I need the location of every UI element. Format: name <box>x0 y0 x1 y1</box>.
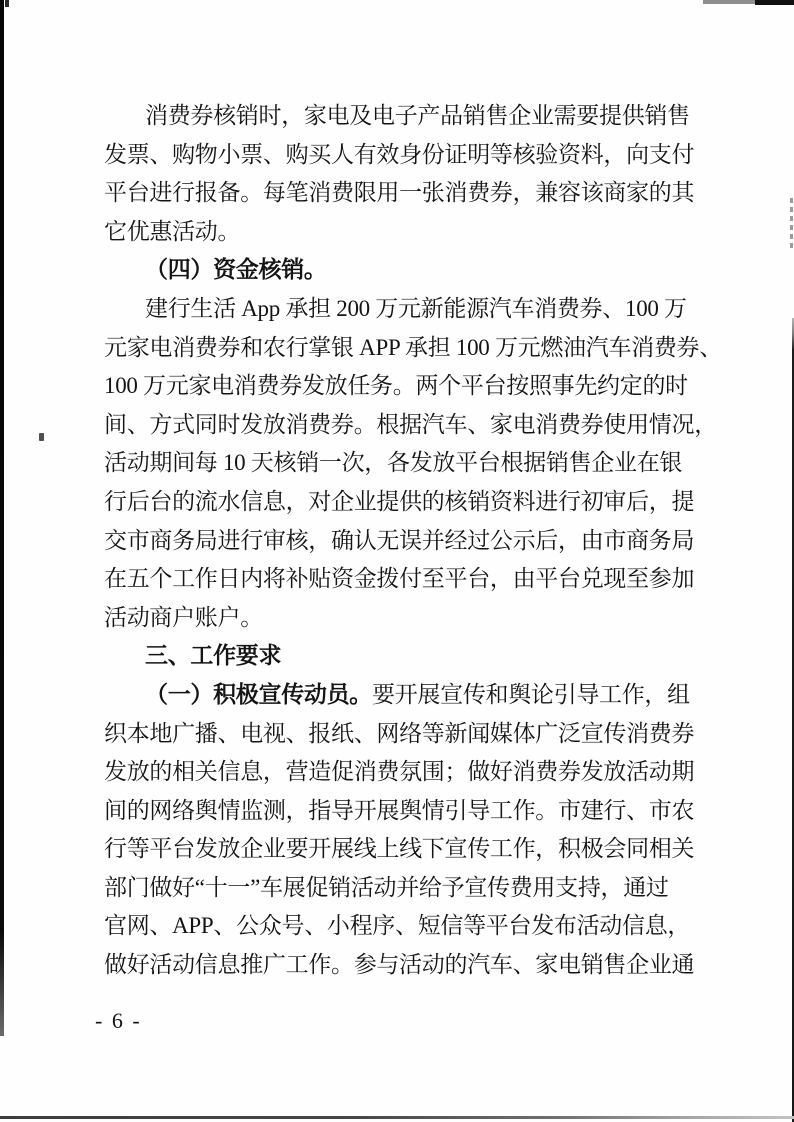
text-line: 官网、APP、公众号、小程序、短信等平台发布活动信息， <box>104 907 700 946</box>
text-line: 三、工作要求 <box>104 637 700 676</box>
text-segment: 在五个工作日内将补贴资金拨付至平台，由平台兑现至参加 <box>104 566 694 591</box>
text-segment: 消费券核销时，家电及电子产品销售企业需要提供销售 <box>145 103 690 128</box>
text-line: 在五个工作日内将补贴资金拨付至平台，由平台兑现至参加 <box>104 560 700 599</box>
scan-artifact-top-bar-black <box>755 0 794 5</box>
text-line: 元家电消费券和农行掌银 APP 承担 100 万元燃油汽车消费券、 <box>104 329 700 368</box>
text-segment: 发放的相关信息，营造促消费氛围；做好消费券发放活动期 <box>104 759 694 784</box>
scan-artifact-left-notch <box>5 0 9 7</box>
scan-artifact-speck <box>39 433 44 441</box>
text-line: 间的网络舆情监测，指导开展舆情引导工作。市建行、市农 <box>104 792 700 831</box>
text-line: 交市商务局进行审核，确认无误并经过公示后，由市商务局 <box>104 522 700 561</box>
text-line: 它优惠活动。 <box>104 213 700 252</box>
text-line: 平台进行报备。每笔消费限用一张消费券，兼容该商家的其 <box>104 174 700 213</box>
text-segment: 建行生活 App 承担 200 万元新能源汽车消费券、100 万 <box>145 296 687 321</box>
text-line: 发票、购物小票、购买人有效身份证明等核验资料，向支付 <box>104 136 700 175</box>
text-line: 部门做好“十一”车展促销活动并给予宣传费用支持，通过 <box>104 869 700 908</box>
text-segment-bold: （四）资金核销。 <box>145 257 327 282</box>
text-segment: 元家电消费券和农行掌银 APP 承担 100 万元燃油汽车消费券、 <box>104 335 722 360</box>
text-line: 100 万元家电消费券发放任务。两个平台按照事先约定的时 <box>104 367 700 406</box>
text-segment: 平台进行报备。每笔消费限用一张消费券，兼容该商家的其 <box>104 180 694 205</box>
text-segment: 活动期间每 10 天核销一次，各发放平台根据销售企业在银 <box>104 450 682 475</box>
text-segment: 要开展宣传和舆论引导工作，组 <box>372 682 690 707</box>
page-number: - 6 - <box>95 1008 142 1034</box>
text-line: 间、方式同时发放消费券。根据汽车、家电消费券使用情况， <box>104 406 700 445</box>
text-segment-bold: 三、工作要求 <box>145 643 281 668</box>
text-segment: 行等平台发放企业要开展线上线下宣传工作，积极会同相关 <box>104 836 694 861</box>
text-segment: 它优惠活动。 <box>104 219 240 244</box>
text-line: 活动商户账户。 <box>104 599 700 638</box>
text-segment: 间的网络舆情监测，指导开展舆情引导工作。市建行、市农 <box>104 798 694 823</box>
text-line: 行等平台发放企业要开展线上线下宣传工作，积极会同相关 <box>104 830 700 869</box>
text-segment: 官网、APP、公众号、小程序、短信等平台发布活动信息， <box>104 913 690 938</box>
text-line: 消费券核销时，家电及电子产品销售企业需要提供销售 <box>104 97 700 136</box>
text-line: 行后台的流水信息，对企业提供的核销资料进行初审后，提 <box>104 483 700 522</box>
scanned-document-page: 消费券核销时，家电及电子产品销售企业需要提供销售发票、购物小票、购买人有效身份证… <box>0 0 794 1122</box>
text-segment-bold: （一）积极宣传动员。 <box>145 682 372 707</box>
text-line: 发放的相关信息，营造促消费氛围；做好消费券发放活动期 <box>104 753 700 792</box>
text-line: 织本地广播、电视、报纸、网络等新闻媒体广泛宣传消费券 <box>104 715 700 754</box>
text-line: （四）资金核销。 <box>104 251 700 290</box>
text-segment: 间、方式同时发放消费券。根据汽车、家电消费券使用情况， <box>104 412 717 437</box>
text-segment: 织本地广播、电视、报纸、网络等新闻媒体广泛宣传消费券 <box>104 721 694 746</box>
scan-artifact-top-bar-gray <box>703 0 755 4</box>
text-line: 活动期间每 10 天核销一次，各发放平台根据销售企业在银 <box>104 444 700 483</box>
text-segment: 部门做好“十一”车展促销活动并给予宣传费用支持，通过 <box>104 875 669 900</box>
text-line: 做好活动信息推广工作。参与活动的汽车、家电销售企业通 <box>104 946 700 985</box>
text-line: 建行生活 App 承担 200 万元新能源汽车消费券、100 万 <box>104 290 700 329</box>
text-line: （一）积极宣传动员。要开展宣传和舆论引导工作，组 <box>104 676 700 715</box>
document-body: 消费券核销时，家电及电子产品销售企业需要提供销售发票、购物小票、购买人有效身份证… <box>104 97 700 985</box>
text-segment: 行后台的流水信息，对企业提供的核销资料进行初审后，提 <box>104 489 694 514</box>
text-segment: 做好活动信息推广工作。参与活动的汽车、家电销售企业通 <box>104 952 694 977</box>
text-segment: 交市商务局进行审核，确认无误并经过公示后，由市商务局 <box>104 528 694 553</box>
text-segment: 100 万元家电消费券发放任务。两个平台按照事先约定的时 <box>104 373 688 398</box>
text-segment: 活动商户账户。 <box>104 605 263 630</box>
scan-artifact-right-dashes <box>790 198 793 248</box>
scan-artifact-left-edge <box>0 0 4 1036</box>
scan-artifact-bottom-line <box>0 1116 794 1119</box>
text-segment: 发票、购物小票、购买人有效身份证明等核验资料，向支付 <box>104 142 694 167</box>
